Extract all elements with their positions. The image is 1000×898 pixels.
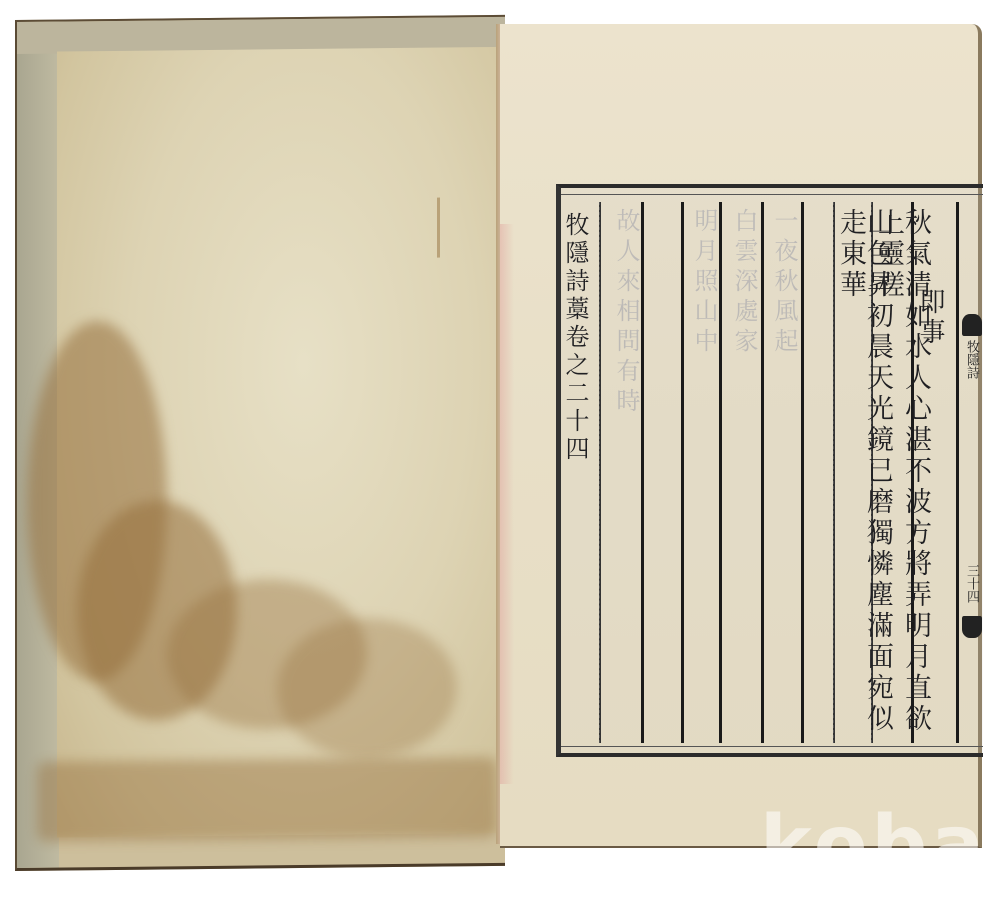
open-book: 故人來相問有時 明月照山中 白雲深處家 一夜秋風起 牧隱詩藁卷之二十四 山色昇初…	[0, 0, 1000, 898]
show-through-text: 故人來相問有時	[609, 208, 644, 728]
show-through-text: 一夜秋風起	[767, 208, 802, 728]
fishtail-page-number: 三十四	[962, 564, 981, 612]
column-rule	[681, 202, 684, 743]
fishtail-lower-icon	[962, 616, 982, 638]
poem-title: 即事	[917, 288, 943, 408]
fishtail-marker: 牧隱詩 三十四	[960, 154, 984, 624]
column-rule	[599, 202, 601, 743]
water-stain	[37, 757, 497, 842]
left-page	[15, 15, 505, 871]
fishtail-upper-icon	[962, 314, 982, 336]
right-page: 故人來相問有時 明月照山中 白雲深處家 一夜秋風起 牧隱詩藁卷之二十四 山色昇初…	[500, 24, 982, 848]
show-through-text: 明月照山中	[687, 208, 722, 728]
paper-tear	[437, 198, 440, 258]
fishtail-title: 牧隱詩	[962, 340, 981, 410]
watermark: kobay	[760, 800, 1000, 890]
show-through-text: 白雲深處家	[727, 208, 762, 728]
printed-text-frame: 故人來相問有時 明月照山中 白雲深處家 一夜秋風起 牧隱詩藁卷之二十四 山色昇初…	[556, 184, 983, 757]
frame-inner-rule	[561, 194, 983, 195]
page-edge-discoloration	[500, 224, 514, 784]
column-rule	[956, 202, 959, 743]
volume-title: 牧隱詩藁卷之二十四	[563, 212, 587, 682]
